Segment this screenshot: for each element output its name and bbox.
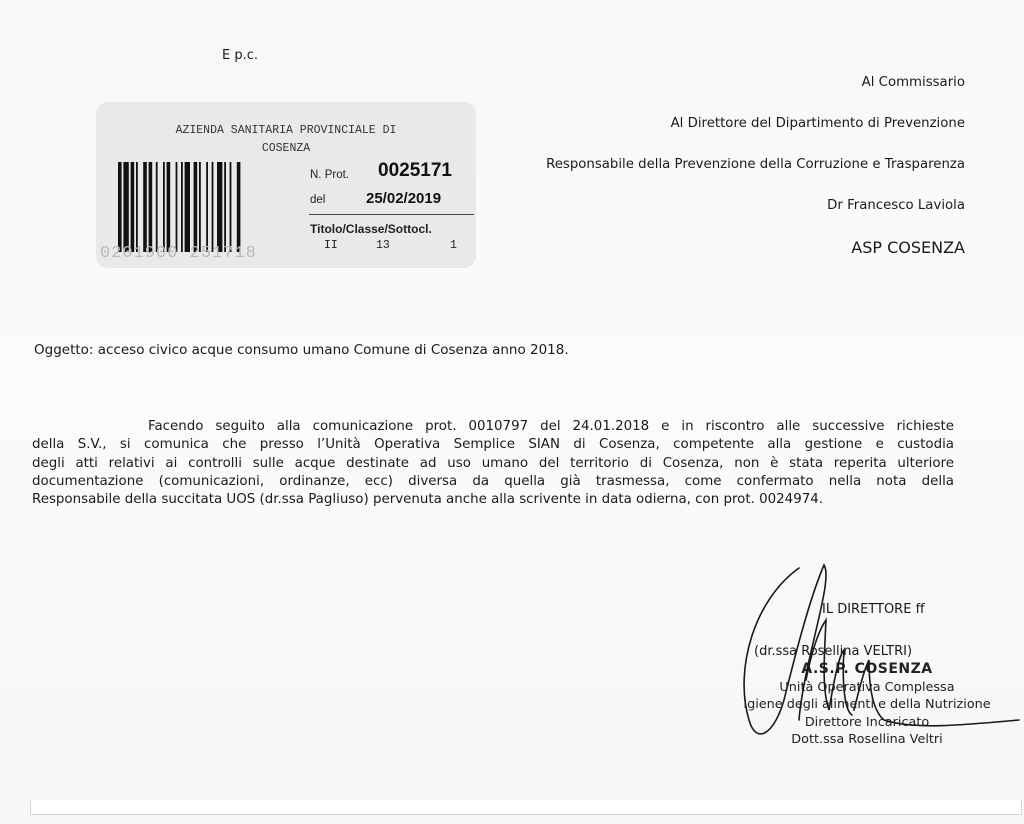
body-line: degli atti relativi ai controlli sulle a… [32, 455, 954, 473]
page-edge [30, 800, 1022, 815]
scanned-letter: E p.c. Al Commissario Al Direttore del D… [0, 0, 1024, 800]
signer-title: IL DIRETTORE ff [822, 602, 925, 617]
prot-date: 25/02/2019 [366, 190, 441, 207]
recipient-direttore: Al Direttore del Dipartimento di Prevenz… [546, 103, 965, 144]
stamp-department: Igiene degli alimenti e della Nutrizione [712, 696, 1022, 714]
classe-value: 13 [376, 239, 390, 252]
stamp-organization: AZIENDA SANITARIA PROVINCIALE DI COSENZA [96, 122, 476, 158]
recipient-name: Dr Francesco Laviola [546, 185, 965, 226]
letter-body: Facendo seguito alla comunicazione prot.… [32, 418, 954, 509]
recipients-block: Al Commissario Al Direttore del Dipartim… [546, 62, 965, 260]
signer-name: (dr.ssa Rosellina VELTRI) [754, 644, 912, 659]
recipient-responsabile: Responsabile della Prevenzione della Cor… [546, 144, 965, 185]
sottoclasse-value: 1 [450, 239, 457, 252]
stamp-unit: Unità Operativa Complessa [712, 679, 1022, 697]
recipient-organization: ASP COSENZA [546, 236, 965, 260]
body-line: della S.V., si comunica che presso l’Uni… [32, 436, 954, 454]
prot-label: N. Prot. [310, 169, 349, 181]
body-line: Responsabile della succitata UOS (dr.ssa… [32, 491, 954, 509]
stamp-org: A.S.P. COSENZA [712, 661, 1022, 679]
date-label: del [310, 194, 325, 206]
stamp-divider [309, 214, 474, 215]
classification-label: Titolo/Classe/Sottocl. [310, 222, 432, 236]
stamp-role: Direttore Incaricato [712, 714, 1022, 732]
body-line: Facendo seguito alla comunicazione prot.… [32, 418, 954, 436]
cc-label: E p.c. [222, 48, 258, 63]
protocol-stamp: AZIENDA SANITARIA PROVINCIALE DI COSENZA… [96, 102, 476, 268]
prot-number: 0025171 [378, 160, 452, 182]
barcode-number: 0201900 251718 [100, 244, 257, 263]
body-line: documentazione (comunicazioni, ordinanze… [32, 473, 954, 491]
barcode-icon [116, 162, 314, 252]
titolo-value: II [324, 239, 338, 252]
subject-line: Oggetto: acceso civico acque consumo uma… [34, 342, 569, 358]
signature-block: IL DIRETTORE ff (dr.ssa Rosellina VELTRI… [694, 560, 1024, 770]
stamp-signer: Dott.ssa Rosellina Veltri [712, 731, 1022, 749]
office-stamp: A.S.P. COSENZA Unità Operativa Complessa… [712, 661, 1022, 749]
recipient-commissario: Al Commissario [546, 62, 965, 103]
